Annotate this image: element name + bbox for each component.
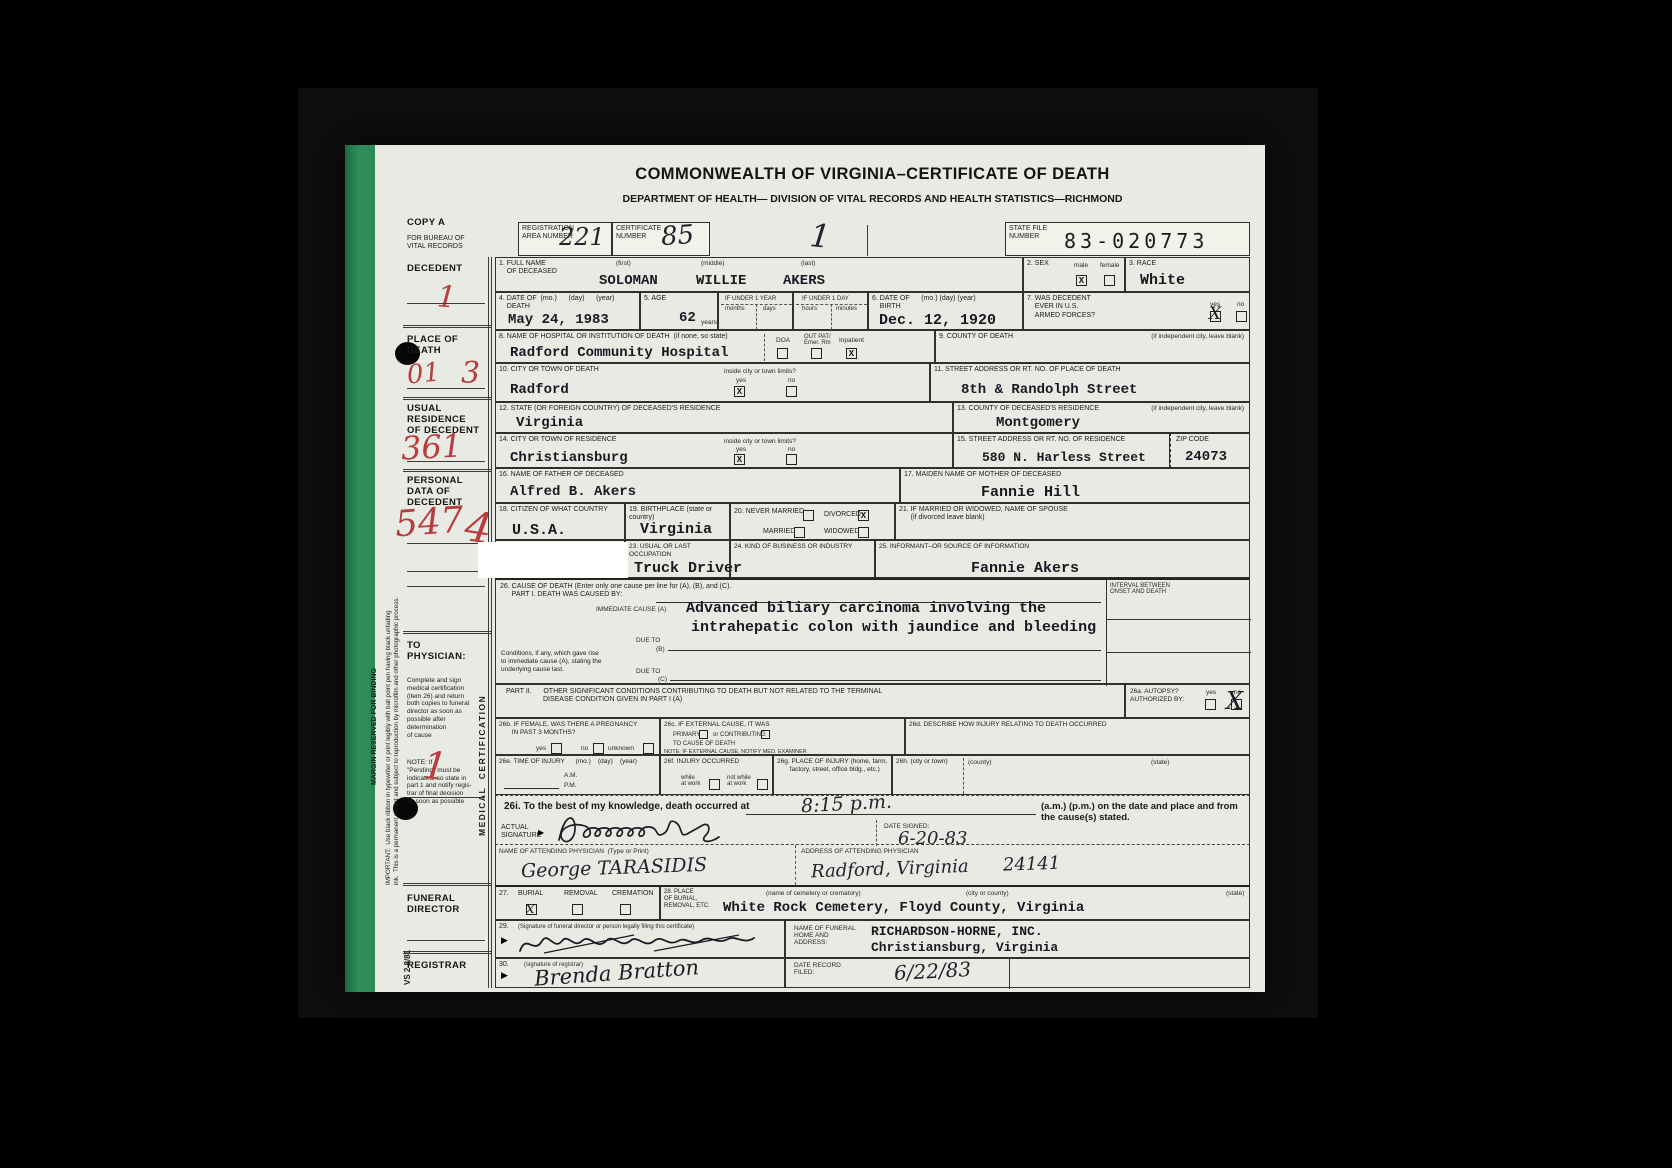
column-divider (796, 304, 867, 305)
residence-state-label: 12. STATE (OR FOREIGN COUNTRY) OF DECEAS… (499, 405, 720, 413)
sex-female-checkbox (1104, 275, 1115, 286)
autopsy-yes-checkbox (1205, 699, 1216, 710)
middle-name-value: WILLIE (696, 273, 746, 289)
minutes-label: minutes (836, 306, 857, 312)
birthplace-value: Virginia (640, 521, 712, 538)
part2-label: PART II. OTHER SIGNIFICANT CONDITIONS CO… (506, 688, 882, 705)
field-date-filed: DATE RECORD FILED: 6/22/83 (785, 958, 1250, 988)
c-label: (C) (658, 676, 667, 683)
sidebar-divider (403, 951, 491, 954)
limits-no-label: no (788, 377, 795, 384)
cell-rule (1009, 959, 1010, 989)
external-cause-label: 26c. IF EXTERNAL CAUSE, IT WAS (664, 721, 770, 729)
occupation-label: 23. USUAL OR LAST OCCUPATION (629, 543, 729, 559)
field-funeral-home: NAME OF FUNERAL HOME AND ADDRESS: RICHAR… (785, 920, 1250, 958)
arrow-icon: ▶ (501, 935, 508, 946)
due-to-c-label: DUE TO (636, 668, 660, 675)
field-registrar-signature: 30. (signature of registrar) ▶ Brenda Br… (495, 958, 785, 988)
field-industry: 24. KIND OF BUSINESS OR INDUSTRY (730, 540, 875, 578)
field-certification-statement: 26i. To the best of my knowledge, death … (495, 795, 1250, 845)
married-checkbox (794, 527, 805, 538)
field-residence-city: 14. CITY OR TOWN OF RESIDENCE Christians… (495, 433, 953, 468)
field-date-of-birth: 6. DATE OF (mo.) (day) (year) BIRTH Dec.… (868, 292, 1023, 330)
form-left-double-rule (488, 257, 492, 988)
limits-yes-checkbox: X (734, 454, 745, 465)
column-divider (721, 304, 792, 305)
first-name-value: SOLOMAN (599, 273, 658, 289)
sidebar-rule (407, 797, 485, 798)
mother-name-label: 17. MAIDEN NAME OF MOTHER OF DECEASED (904, 471, 1061, 479)
county-of-death-label: 9. COUNTY OF DEATH (939, 333, 1013, 341)
limits-yes-label: yes (736, 446, 746, 453)
cause-line-2: intrahepatic colon with jaundice and ble… (691, 619, 1096, 636)
autopsy-no-mark: X (1226, 687, 1243, 715)
field-informant: 25. INFORMANT–OR SOURCE OF INFORMATION F… (875, 540, 1250, 578)
spouse-label: 21. IF MARRIED OR WIDOWED, NAME OF SPOUS… (899, 506, 1068, 523)
disposition-number: 27. (499, 890, 509, 898)
pregnancy-unknown-checkbox (643, 743, 654, 754)
physician-instructions: Complete and sign medical certification … (407, 677, 469, 739)
inpatient-checkbox: X (846, 348, 857, 359)
date-filed-value: 6/22/83 (893, 957, 971, 985)
sidebar-divider (403, 631, 491, 634)
handwritten-tally-mark: 1 (808, 216, 832, 256)
column-divider (831, 304, 832, 330)
residence-state-value: Virginia (516, 415, 583, 431)
field-sex: 2. SEX male female X (1023, 257, 1125, 292)
outpatient-label: OUT PAT/ Emer. Rm (804, 334, 831, 346)
first-hint: (first) (616, 260, 631, 267)
informant-value: Fannie Akers (971, 560, 1079, 577)
father-name-value: Alfred B. Akers (510, 484, 636, 500)
residence-county-value: Montgomery (996, 415, 1080, 431)
cause-b-line (668, 650, 1101, 651)
column-divider (764, 334, 765, 361)
registration-area-value: 221 (559, 223, 605, 251)
field-hospital: 8. NAME OF HOSPITAL OR INSTITUTION OF DE… (495, 330, 935, 363)
funeral-home-name: RICHARDSON-HORNE, INC. (871, 924, 1043, 939)
limits-question: inside city or town limits? (724, 368, 796, 375)
never-married-label: 20. NEVER MARRIED (734, 508, 804, 516)
section-funeral-director: FUNERAL DIRECTOR (407, 893, 460, 915)
handwritten-code-decedent: 1 (436, 282, 457, 313)
not-while-at-work-checkbox (757, 779, 768, 790)
date-filed-label: DATE RECORD FILED: (794, 962, 841, 976)
cause-of-death-label: 26. CAUSE OF DEATH (Enter only one cause… (500, 583, 731, 600)
column-divider (876, 820, 877, 846)
immediate-cause-label: IMMEDIATE CAUSE (A) (596, 606, 666, 613)
field-race: 3. RACE White (1125, 257, 1250, 292)
sidebar-rule (407, 388, 485, 389)
physician-signature (551, 810, 801, 846)
cause-line-1: Advanced biliary carcinoma involving the (686, 600, 1046, 617)
field-injury-description: 26d. DESCRIBE HOW INJURY RELATING TO DEA… (905, 718, 1250, 755)
handwritten-code-pod-1: 01 (406, 359, 442, 388)
middle-hint: (middle) (701, 260, 724, 267)
sidebar-rule (407, 543, 485, 544)
zip-label: ZIP CODE (1176, 436, 1209, 444)
state-file-number-box: STATE FILE NUMBER 83-020773 (1005, 222, 1250, 256)
margin-important-note: IMPORTANT: Use black ribbon in typewrite… (385, 285, 401, 885)
injury-description-label: 26d. DESCRIBE HOW INJURY RELATING TO DEA… (909, 721, 1107, 729)
field-county-of-death: 9. COUNTY OF DEATH (if independent city,… (935, 330, 1250, 363)
limits-no-label: no (788, 446, 795, 453)
field-place-of-burial: 28. PLACE OF BURIAL, REMOVAL, ETC. (name… (660, 885, 1250, 920)
county-of-death-hint: (if independent city, leave blank) (1151, 333, 1244, 340)
place-of-burial-value: White Rock Cemetery, Floyd County, Virgi… (723, 900, 1084, 916)
copy-label: COPY A (407, 217, 445, 228)
residence-county-label: 13. COUNTY OF DECEASED'S RESIDENCE (957, 405, 1099, 413)
section-registrar: REGISTRAR (407, 960, 467, 971)
father-name-label: 16. NAME OF FATHER OF DECEASED (499, 471, 624, 479)
time-of-injury-label: 26e. TIME OF INJURY (mo.) (day) (year) (499, 758, 637, 766)
sidebar-divider (403, 397, 491, 400)
age-label: 5. AGE (644, 295, 666, 303)
redaction-box (478, 542, 628, 578)
pm-label: P.M. (564, 782, 577, 789)
field-if-under-1-year: IF UNDER 1 YEAR months days (718, 292, 793, 330)
injury-county-label: (county) (968, 759, 991, 766)
city-county-hint: (city or county) (966, 890, 1009, 897)
under-1-day-label: IF UNDER 1 DAY (802, 296, 849, 302)
limits-yes-label: yes (736, 377, 746, 384)
date-of-death-label: 4. DATE OF (mo.) (day) (year) DEATH (499, 295, 614, 312)
sidebar-divider (403, 469, 491, 472)
injury-state-label: (state) (1151, 759, 1169, 766)
armed-forces-no-label: no (1237, 301, 1244, 308)
section-to-physician: TO PHYSICIAN: (407, 640, 466, 662)
field-occupation: 23. USUAL OR LAST OCCUPATION Truck Drive… (625, 540, 730, 578)
last-hint: (last) (801, 260, 815, 267)
months-label: months (725, 306, 745, 312)
citizen-value: U.S.A. (512, 522, 566, 539)
field-external-cause: 26c. IF EXTERNAL CAUSE, IT WAS PRIMARY o… (660, 718, 905, 755)
injury-occurred-label: 26f. INJURY OCCURRED (664, 758, 739, 766)
certificate-number-value: 85 (660, 220, 695, 252)
certification-suffix: (a.m.) (p.m.) on the date and place and … (1041, 801, 1249, 823)
section-decedent: DECEDENT (407, 263, 462, 274)
field-pregnancy: 26b. IF FEMALE, WAS THERE A PREGNANCY IN… (495, 718, 660, 755)
not-while-at-work-label: not while at work (727, 775, 751, 787)
field-date-of-death: 4. DATE OF (mo.) (day) (year) DEATH May … (495, 292, 640, 330)
mother-name-value: Fannie Hill (981, 484, 1080, 501)
field-injury-occurred: 26f. INJURY OCCURRED while at work not w… (660, 755, 773, 795)
physician-address-label: ADDRESS OF ATTENDING PHYSICIAN (801, 848, 919, 855)
occupation-value: Truck Driver (634, 560, 742, 577)
physician-address-value: Radford, Virginia 24141 (811, 853, 1061, 883)
cause-c-line (670, 680, 1101, 681)
field-city-of-death: 10. CITY OR TOWN OF DEATH Radford inside… (495, 363, 930, 402)
interval-label: INTERVAL BETWEEN ONSET AND DEATH (1110, 583, 1170, 595)
field-birthplace: 19. BIRTHPLACE (state or country) Virgin… (625, 503, 730, 540)
sex-male-label: male (1074, 262, 1088, 269)
street-of-death-value: 8th & Randolph Street (961, 382, 1137, 398)
field-if-under-1-day: IF UNDER 1 DAY hours minutes (793, 292, 868, 330)
days-label: days (763, 306, 776, 312)
interval-column-rule (1106, 580, 1107, 686)
limits-yes-checkbox: X (734, 386, 745, 397)
bureau-label: FOR BUREAU OF VITAL RECORDS (407, 235, 465, 252)
divorced-label: DIVORCED (824, 511, 861, 519)
top-row-rule (867, 225, 868, 256)
residence-city-label: 14. CITY OR TOWN OF RESIDENCE (499, 436, 616, 444)
to-cause-label: TO CAUSE OF DEATH (673, 741, 735, 747)
residence-city-value: Christiansburg (510, 450, 628, 466)
place-of-injury-label: 26g. PLACE OF INJURY (home, farm, factor… (777, 758, 887, 774)
citizen-label: 18. CITIZEN OF WHAT COUNTRY (499, 506, 608, 514)
am-label: A.M. (564, 772, 577, 779)
row30-number: 30. (499, 961, 509, 969)
margin-reserved-label: MARGIN RESERVED FOR BINDING (371, 445, 383, 785)
doa-label: DOA (776, 337, 790, 344)
primary-label: PRIMARY (673, 732, 700, 738)
field-funeral-director-signature: 29. (Signature of funeral director or pe… (495, 920, 785, 958)
autopsy-yes-label: yes (1206, 689, 1216, 696)
while-at-work-label: while at work (681, 775, 700, 787)
handwritten-code-residence: 361 (400, 429, 463, 464)
sidebar-rule (407, 461, 485, 462)
place-of-burial-label: 28. PLACE OF BURIAL, REMOVAL, ETC. (664, 889, 710, 911)
city-of-death-value: Radford (510, 382, 569, 398)
full-name-label: 1. FULL NAME OF DECEASED (499, 260, 557, 277)
cremation-checkbox (620, 904, 631, 915)
burial-label: BURIAL (518, 890, 543, 898)
b-label: (B) (656, 646, 665, 653)
field-injury-location: 26h. (city or town) (county) (state) (892, 755, 1250, 795)
field-residence-state: 12. STATE (OR FOREIGN COUNTRY) OF DECEAS… (495, 402, 953, 433)
certificate-number-label: CERTIFICATE NUMBER (616, 225, 661, 242)
pregnancy-label: 26b. IF FEMALE, WAS THERE A PREGNANCY IN… (499, 721, 637, 737)
inpatient-label: Inpatient (839, 337, 864, 344)
hospital-label: 8. NAME OF HOSPITAL OR INSTITUTION OF DE… (499, 333, 728, 341)
field-father-name: 16. NAME OF FATHER OF DECEASED Alfred B.… (495, 468, 900, 503)
funeral-director-signature (514, 929, 769, 957)
removal-label: REMOVAL (564, 890, 598, 898)
pm-line (504, 788, 559, 789)
interval-cell-rule (1106, 652, 1251, 653)
field-zip: ZIP CODE 24073 (1170, 433, 1250, 468)
certificate-subtitle: DEPARTMENT OF HEALTH— DIVISION OF VITAL … (495, 193, 1250, 205)
divorced-checkbox: X (858, 510, 869, 521)
autopsy-label: 26a. AUTOPSY? AUTHORIZED BY: (1130, 688, 1184, 704)
field-full-name: 1. FULL NAME OF DECEASED (first) (middle… (495, 257, 1023, 292)
pregnancy-no-label: no (581, 745, 588, 752)
pregnancy-no-checkbox (593, 743, 604, 754)
attending-physician-value: George TARASIDIS (521, 854, 708, 882)
field-disposition: 27. BURIAL REMOVAL CREMATION x (495, 885, 660, 920)
field-place-of-injury: 26g. PLACE OF INJURY (home, farm, factor… (773, 755, 892, 795)
sex-label: 2. SEX (1027, 260, 1049, 268)
hospital-value: Radford Community Hospital (510, 345, 728, 361)
funeral-home-label: NAME OF FUNERAL HOME AND ADDRESS: (794, 925, 856, 946)
state-file-label: STATE FILE NUMBER (1009, 225, 1047, 242)
contributing-label: or CONTRIBUTING (713, 732, 766, 738)
due-to-b-label: DUE TO (636, 637, 660, 644)
section-place-of-death: PLACE OF DEATH (407, 334, 458, 356)
outpatient-checkbox (811, 348, 822, 359)
zip-value: 24073 (1185, 449, 1227, 465)
attending-physician-label: NAME OF ATTENDING PHYSICIAN (Type or Pri… (499, 848, 649, 855)
armed-forces-label: 7. WAS DECEDENT EVER IN U.S. ARMED FORCE… (1027, 295, 1095, 320)
state-hint: (state) (1226, 890, 1244, 897)
handwritten-code-physician: 1 (421, 746, 449, 786)
limits-no-checkbox (786, 454, 797, 465)
removal-checkbox (572, 904, 583, 915)
field-residence-county: 13. COUNTY OF DECEASED'S RESIDENCE (if i… (953, 402, 1250, 433)
date-of-birth-label: 6. DATE OF (mo.) (day) (year) BIRTH (872, 295, 976, 312)
column-divider (963, 758, 964, 794)
cemetery-hint: (name of cemetery or crematory) (766, 890, 861, 897)
field-residence-street: 15. STREET ADDRESS OR RT. NO. OF RESIDEN… (953, 433, 1170, 468)
field-age: 5. AGE 62 years (640, 292, 718, 330)
conditions-note: Conditions, if any, which gave rise to i… (501, 650, 601, 673)
while-at-work-checkbox (709, 779, 720, 790)
date-of-birth-value: Dec. 12, 1920 (879, 312, 996, 329)
sidebar-divider (403, 325, 491, 328)
armed-forces-yes-mark: X (1209, 304, 1221, 324)
field-mother-name: 17. MAIDEN NAME OF MOTHER OF DECEASED Fa… (900, 468, 1250, 503)
actual-signature-label: ACTUAL SIGNATURE (501, 824, 541, 841)
field-armed-forces: 7. WAS DECEDENT EVER IN U.S. ARMED FORCE… (1023, 292, 1250, 330)
sidebar-rule (407, 303, 485, 304)
doa-checkbox (777, 348, 788, 359)
widowed-checkbox (858, 527, 869, 538)
date-of-death-value: May 24, 1983 (508, 312, 609, 328)
age-value: 62 (679, 310, 696, 326)
scanned-death-certificate: IMPORTANT: Use black ribbon in typewrite… (0, 0, 1672, 1168)
state-file-value: 83-020773 (1064, 229, 1208, 253)
arrow-icon: ▶ (538, 828, 544, 837)
race-label: 3. RACE (1129, 260, 1156, 268)
handwritten-code-pod-2: 3 (461, 359, 480, 389)
certificate-title: COMMONWEALTH OF VIRGINIA–CERTIFICATE OF … (495, 165, 1250, 184)
pregnancy-unknown-label: unknown (608, 745, 634, 752)
industry-label: 24. KIND OF BUSINESS OR INDUSTRY (734, 543, 852, 551)
armed-forces-no-checkbox (1236, 311, 1247, 322)
widowed-label: WIDOWED (824, 528, 859, 536)
street-of-death-label: 11. STREET ADDRESS OR RT. NO. OF PLACE O… (934, 366, 1121, 374)
married-label: MARRIED (763, 528, 795, 536)
field-attending-physician: NAME OF ATTENDING PHYSICIAN (Type or Pri… (495, 845, 795, 885)
field-spouse: 21. IF MARRIED OR WIDOWED, NAME OF SPOUS… (895, 503, 1250, 540)
registration-area-box: REGISTRATION AREA NUMBER 221 (518, 222, 612, 256)
under-1-year-label: IF UNDER 1 YEAR (725, 296, 776, 302)
column-divider (756, 304, 757, 330)
informant-label: 25. INFORMANT–OR SOURCE OF INFORMATION (879, 543, 1029, 551)
city-of-death-label: 10. CITY OR TOWN OF DEATH (499, 366, 599, 374)
field-time-of-injury: 26e. TIME OF INJURY (mo.) (day) (year) A… (495, 755, 660, 795)
field-physician-address: ADDRESS OF ATTENDING PHYSICIAN Radford, … (795, 845, 1250, 885)
pregnancy-yes-checkbox (551, 743, 562, 754)
field-marital-status: 20. NEVER MARRIED DIVORCED X MARRIED WID… (730, 503, 895, 540)
pregnancy-yes-label: yes (536, 745, 546, 752)
residence-county-hint: (if independent city, leave blank) (1151, 405, 1244, 412)
limits-no-checkbox (786, 386, 797, 397)
sidebar-rule (407, 571, 485, 572)
sidebar-rule (407, 586, 485, 587)
limits-question: inside city or town limits? (724, 438, 796, 445)
interval-cell-rule (1106, 619, 1251, 620)
sex-female-label: female (1100, 262, 1120, 269)
last-name-value: AKERS (783, 273, 825, 289)
burial-mark: x (526, 899, 534, 917)
row29-number: 29. (499, 923, 509, 931)
residence-street-label: 15. STREET ADDRESS OR RT. NO. OF RESIDEN… (957, 436, 1125, 444)
primary-checkbox (699, 730, 708, 739)
race-value: White (1140, 272, 1185, 289)
cremation-label: CREMATION (612, 890, 653, 898)
handwritten-code-personal-1: 547 (394, 503, 465, 544)
contributing-checkbox (761, 730, 770, 739)
field-part2: PART II. OTHER SIGNIFICANT CONDITIONS CO… (495, 684, 1125, 718)
arrow-icon: ▶ (501, 970, 508, 981)
field-autopsy: 26a. AUTOPSY? AUTHORIZED BY: yes no X (1125, 684, 1250, 718)
registrar-signature-value: Brenda Bratton (533, 955, 699, 990)
field-cause-of-death: 26. CAUSE OF DEATH (Enter only one cause… (495, 578, 1250, 684)
sidebar-rule (407, 940, 485, 941)
field-citizen: 18. CITIZEN OF WHAT COUNTRY U.S.A. (495, 503, 625, 540)
injury-city-label: 26h. (city or town) (896, 758, 948, 766)
sidebar-divider (403, 883, 491, 886)
hours-label: hours (802, 306, 817, 312)
never-married-checkbox (803, 510, 814, 521)
certificate-number-box: CERTIFICATE NUMBER 85 (612, 222, 710, 256)
field-street-of-death: 11. STREET ADDRESS OR RT. NO. OF PLACE O… (930, 363, 1250, 402)
funeral-home-city: Christiansburg, Virginia (871, 940, 1058, 955)
residence-street-value: 580 N. Harless Street (982, 450, 1146, 465)
certificate-paper: IMPORTANT: Use black ribbon in typewrite… (345, 145, 1265, 992)
sex-male-checkbox: X (1076, 275, 1087, 286)
age-unit: years (701, 319, 717, 326)
